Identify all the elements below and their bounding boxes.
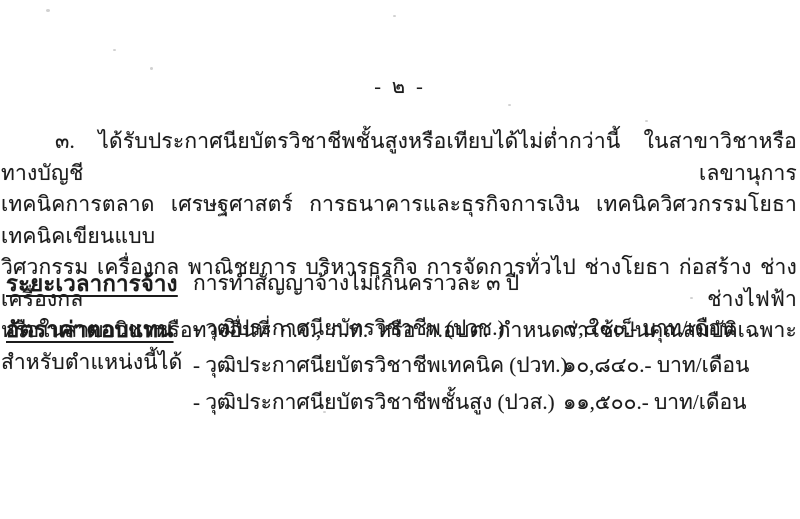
paragraph-line-2: เทคนิคการตลาด เศรษฐศาสตร์ การธนาคารและธุ… [1, 189, 797, 252]
scan-speck [46, 9, 50, 12]
scanned-document-page: - ๒ - ๓. ได้รับประกาศนียบัตรวิชาชีพชั้นส… [0, 0, 800, 519]
paragraph-line-1: ๓. ได้รับประกาศนียบัตรวิชาชีพชั้นสูงหรือ… [1, 126, 797, 189]
compensation-rate: ๑๑,๕๐๐.- [563, 390, 649, 414]
page-number: - ๒ - [0, 70, 800, 102]
compensation-unit: บาท/เดือน [654, 390, 747, 414]
employment-period-label: ระยะเวลาการจ้าง [6, 266, 178, 301]
compensation-row-2: - วุฒิประกาศนียบัตรวิชาชีพเทคนิค (ปวท.) … [0, 349, 800, 381]
compensation-amount: ๑๑,๕๐๐.- บาท/เดือน [563, 386, 747, 419]
scan-speck [113, 49, 116, 51]
scan-speck [645, 120, 648, 122]
compensation-unit: บาท/เดือน [657, 353, 750, 377]
compensation-rate: ๑๐,๘๔๐.- [563, 353, 652, 377]
employment-period-value: การทำสัญญาจ้างไม่เกินคราวละ ๓ ปี [193, 267, 519, 300]
compensation-rate: ๙,๔๐๐.- [563, 316, 637, 340]
compensation-row-3: - วุฒิประกาศนียบัตรวิชาชีพชั้นสูง (ปวส.)… [0, 386, 800, 418]
compensation-amount: ๙,๔๐๐.- บาท/เดือน [563, 312, 735, 345]
compensation-qualification: - วุฒิประกาศนียบัตรวิชาชีพ (ปวช.) [193, 312, 504, 345]
scan-speck [508, 104, 511, 106]
scan-speck [393, 15, 396, 17]
employment-period-section: ระยะเวลาการจ้าง การทำสัญญาจ้างไม่เกินครา… [0, 266, 800, 300]
compensation-qualification: - วุฒิประกาศนียบัตรวิชาชีพชั้นสูง (ปวส.) [193, 386, 555, 419]
compensation-amount: ๑๐,๘๔๐.- บาท/เดือน [563, 349, 749, 382]
compensation-qualification: - วุฒิประกาศนียบัตรวิชาชีพเทคนิค (ปวท.) [193, 349, 568, 382]
compensation-row-1: - วุฒิประกาศนียบัตรวิชาชีพ (ปวช.) ๙,๔๐๐.… [0, 312, 800, 344]
compensation-unit: บาท/เดือน [643, 316, 736, 340]
